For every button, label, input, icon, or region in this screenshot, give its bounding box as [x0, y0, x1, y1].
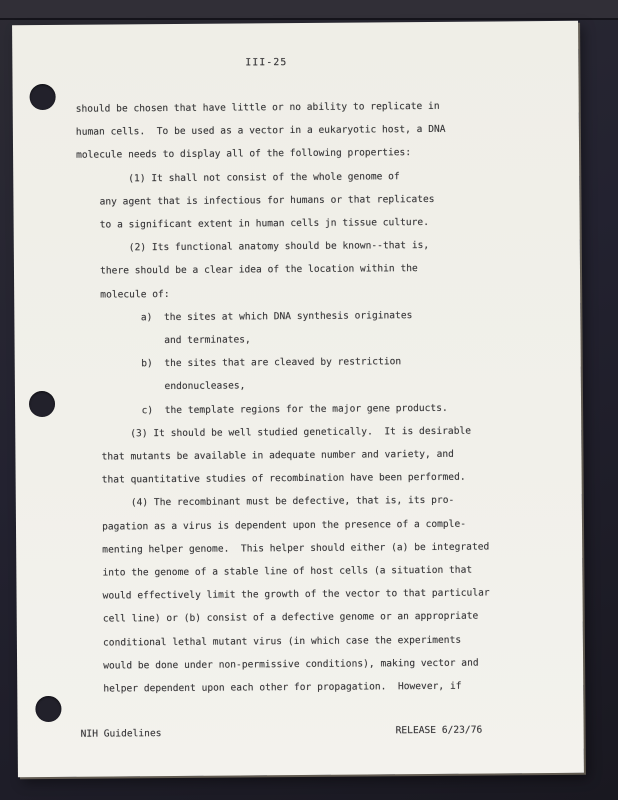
text-line: that mutants be available in adequate nu…: [78, 443, 488, 469]
punch-hole-middle: [29, 391, 55, 417]
text-line: there should be a clear idea of the loca…: [77, 257, 487, 283]
text-line: should be chosen that have little or no …: [76, 95, 486, 121]
text-line: cell line) or (b) consist of a defective…: [80, 605, 490, 631]
text-line: would effectively limit the growth of th…: [79, 582, 489, 608]
text-line: to a significant extent in human cells j…: [77, 211, 487, 237]
text-line: molecule of:: [77, 280, 487, 306]
text-line: helper dependent upon each other for pro…: [80, 675, 490, 701]
text-line: (4) The recombinant must be defective, t…: [79, 489, 489, 515]
text-line: c) the template regions for the major ge…: [78, 396, 488, 422]
text-line: (3) It should be well studied geneticall…: [78, 419, 488, 445]
document-page: III-25 should be chosen that have little…: [12, 21, 584, 777]
text-line: would be done under non-permissive condi…: [80, 651, 490, 677]
text-line: and terminates,: [77, 327, 487, 353]
scan-background: III-25 should be chosen that have little…: [0, 0, 618, 800]
text-line: any agent that is infectious for humans …: [76, 187, 486, 213]
text-line: molecule needs to display all of the fol…: [76, 141, 486, 167]
text-line: human cells. To be used as a vector in a…: [76, 118, 486, 144]
page-number: III-25: [245, 57, 287, 68]
punch-hole-bottom: [35, 696, 61, 722]
punch-hole-top: [30, 84, 56, 110]
text-line: into the genome of a stable line of host…: [79, 559, 489, 585]
text-line: pagation as a virus is dependent upon th…: [79, 512, 489, 538]
text-line: that quantitative studies of recombinati…: [79, 466, 489, 492]
document-body-text: should be chosen that have little or no …: [76, 95, 491, 701]
background-top-band: [0, 0, 618, 20]
text-line: menting helper genome. This helper shoul…: [79, 535, 489, 561]
footer-document-title: NIH Guidelines: [81, 728, 162, 740]
text-line: b) the sites that are cleaved by restric…: [78, 350, 488, 376]
text-line: a) the sites at which DNA synthesis orig…: [77, 303, 487, 329]
text-line: (2) Its functional anatomy should be kno…: [77, 234, 487, 260]
text-line: endonucleases,: [78, 373, 488, 399]
footer-release-date: RELEASE 6/23/76: [396, 725, 483, 737]
text-line: (1) It shall not consist of the whole ge…: [76, 164, 486, 190]
text-line: conditional lethal mutant virus (in whic…: [80, 628, 490, 654]
